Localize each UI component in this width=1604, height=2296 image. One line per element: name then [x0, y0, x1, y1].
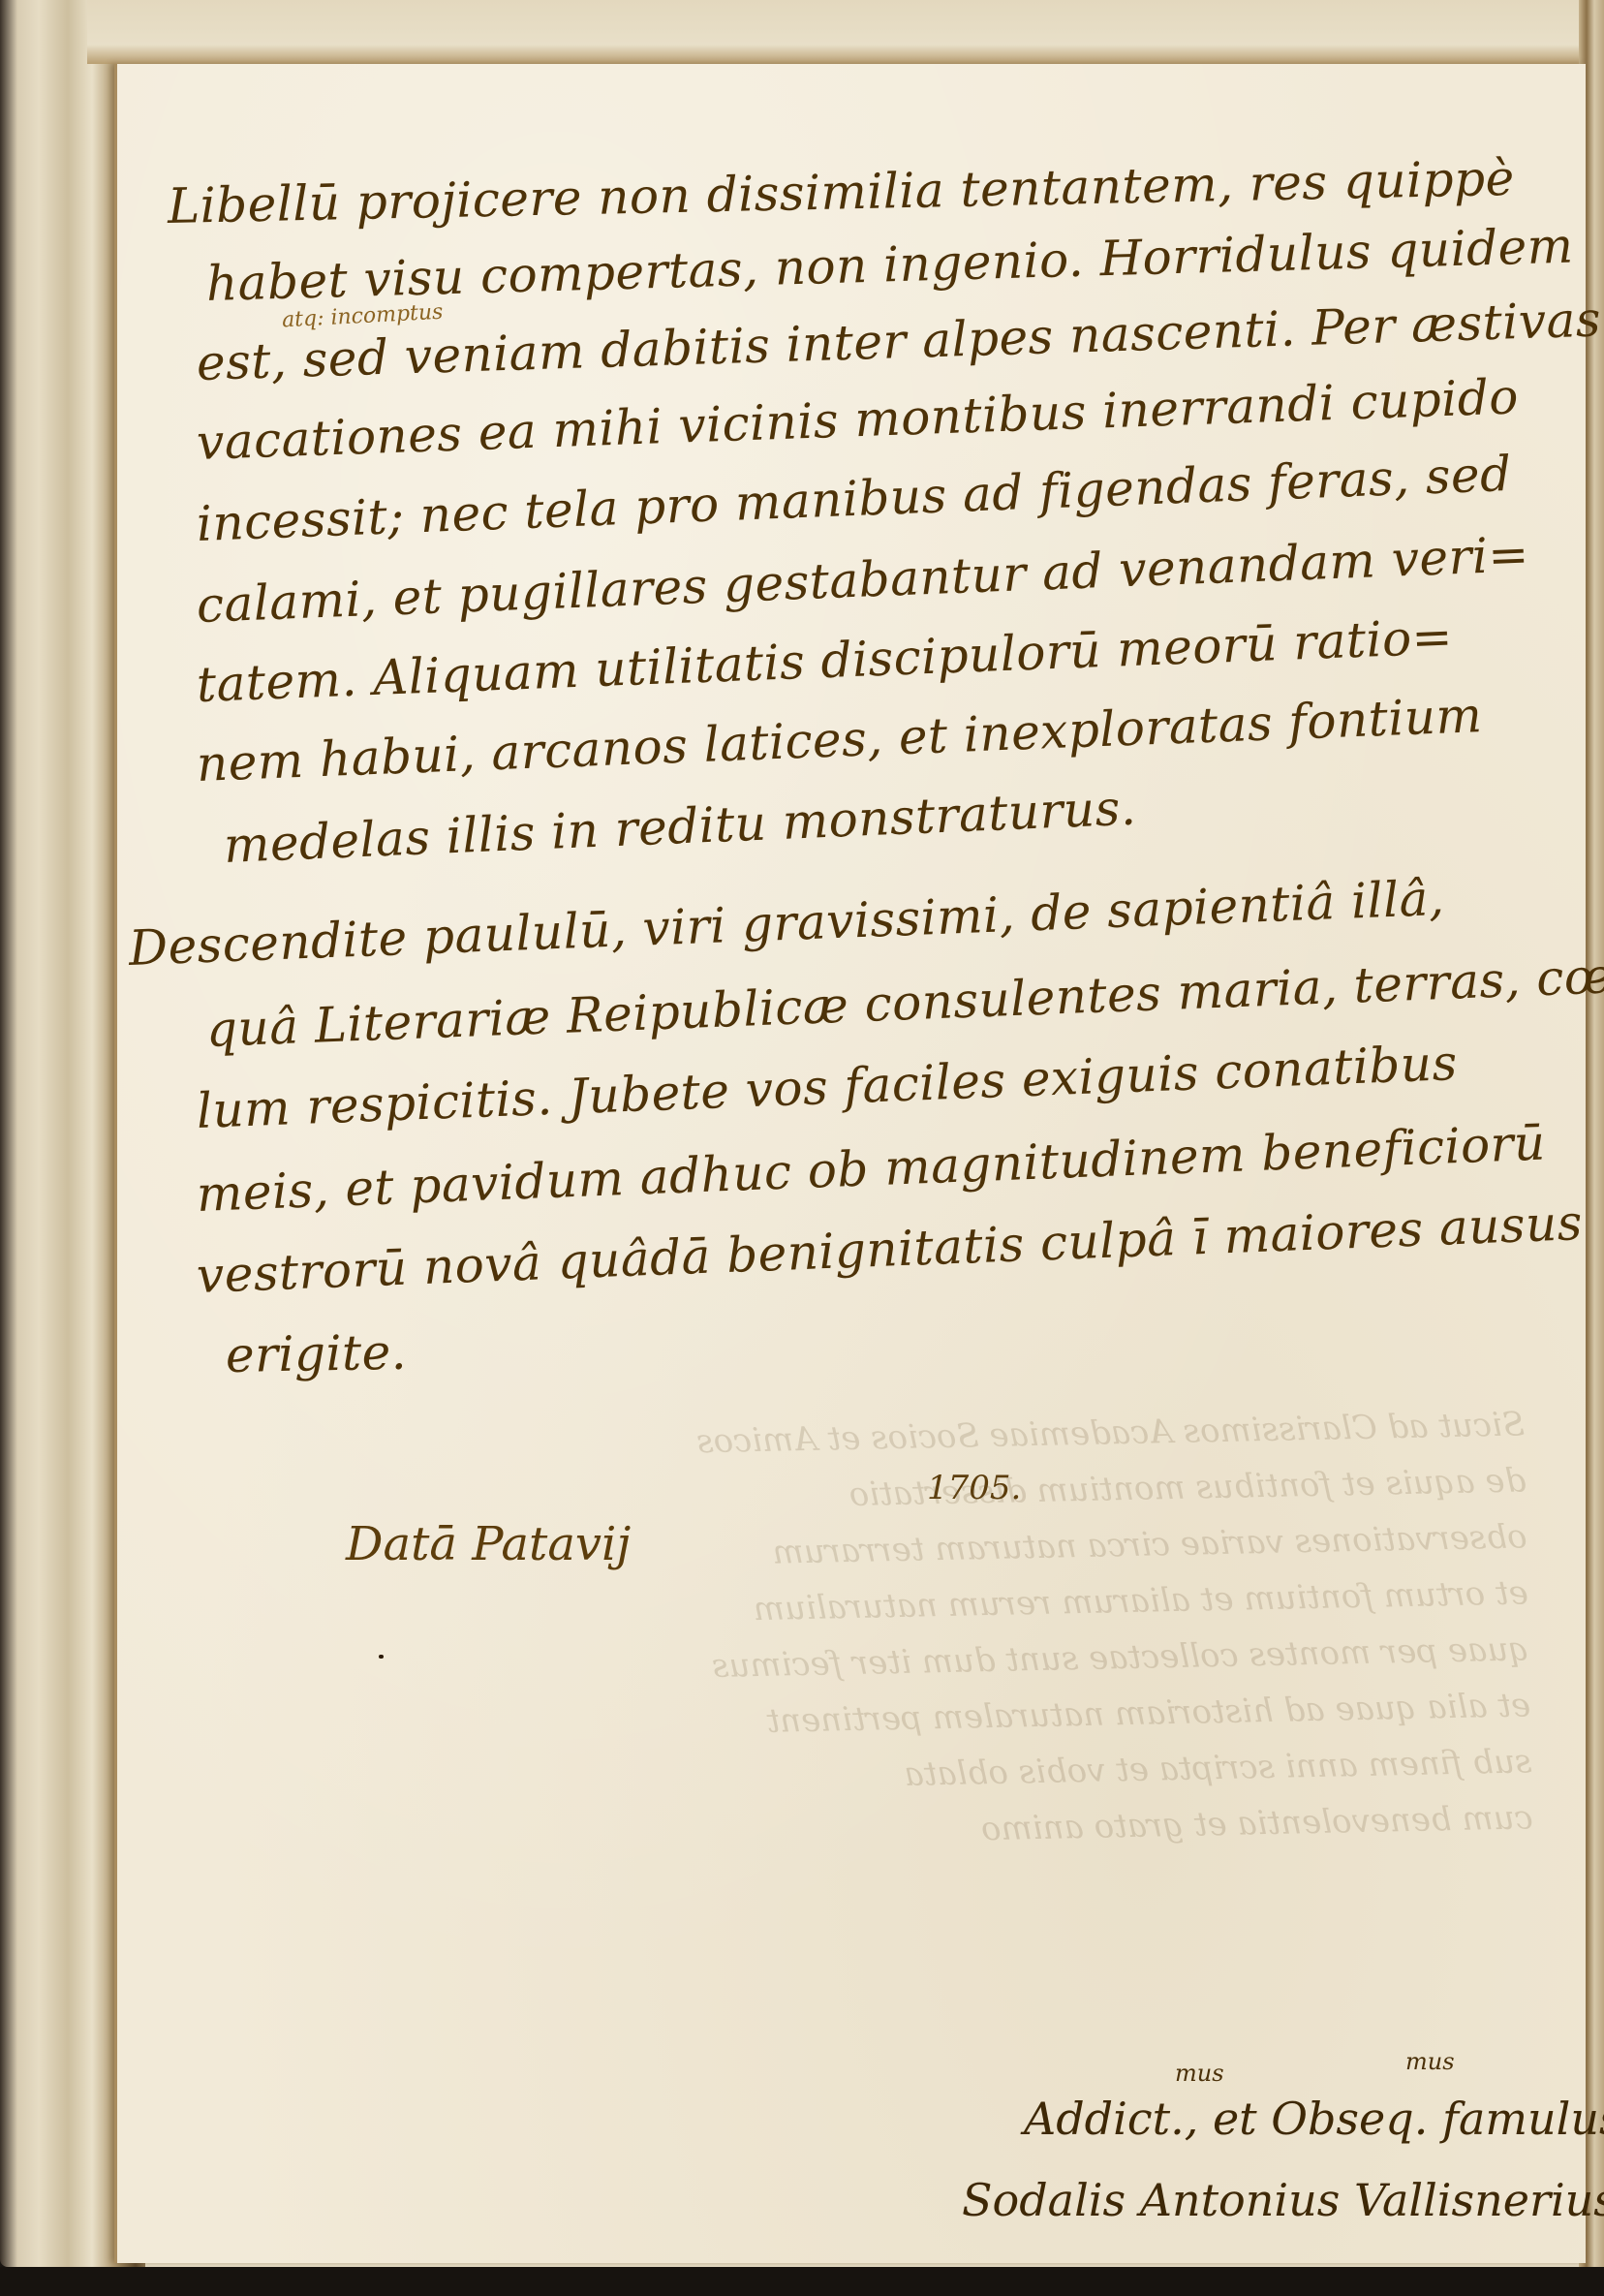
superscript-abbrev: mus — [1405, 2048, 1455, 2075]
text-line: medelas illis in reditu monstraturus. — [223, 780, 1137, 874]
closing-line: Addict., et Obseq. famulus, et — [1024, 2093, 1604, 2145]
text-line: erigite. — [225, 1324, 407, 1383]
text-line: Libellū projicere non dissimilia tentant… — [167, 150, 1515, 234]
background-shadow — [0, 2267, 1604, 2296]
text-line: Descendite paululū, viri gravissimi, de … — [128, 870, 1445, 977]
top-paper-edge — [87, 0, 1598, 64]
dateline-year: 1705. — [927, 1469, 1021, 1507]
ink-dot — [379, 1655, 384, 1659]
superscript-abbrev: mus — [1175, 2060, 1224, 2087]
bleed-through-text: Sicut ad Clarissimos Academiae Socios et… — [169, 1396, 1538, 2102]
signature: Sodalis Antonius Vallisnerius — [962, 2174, 1604, 2226]
manuscript-page: Libellū projicere non dissimilia tentant… — [114, 64, 1586, 2263]
dateline-place: Datā Patavij — [346, 1517, 631, 1571]
